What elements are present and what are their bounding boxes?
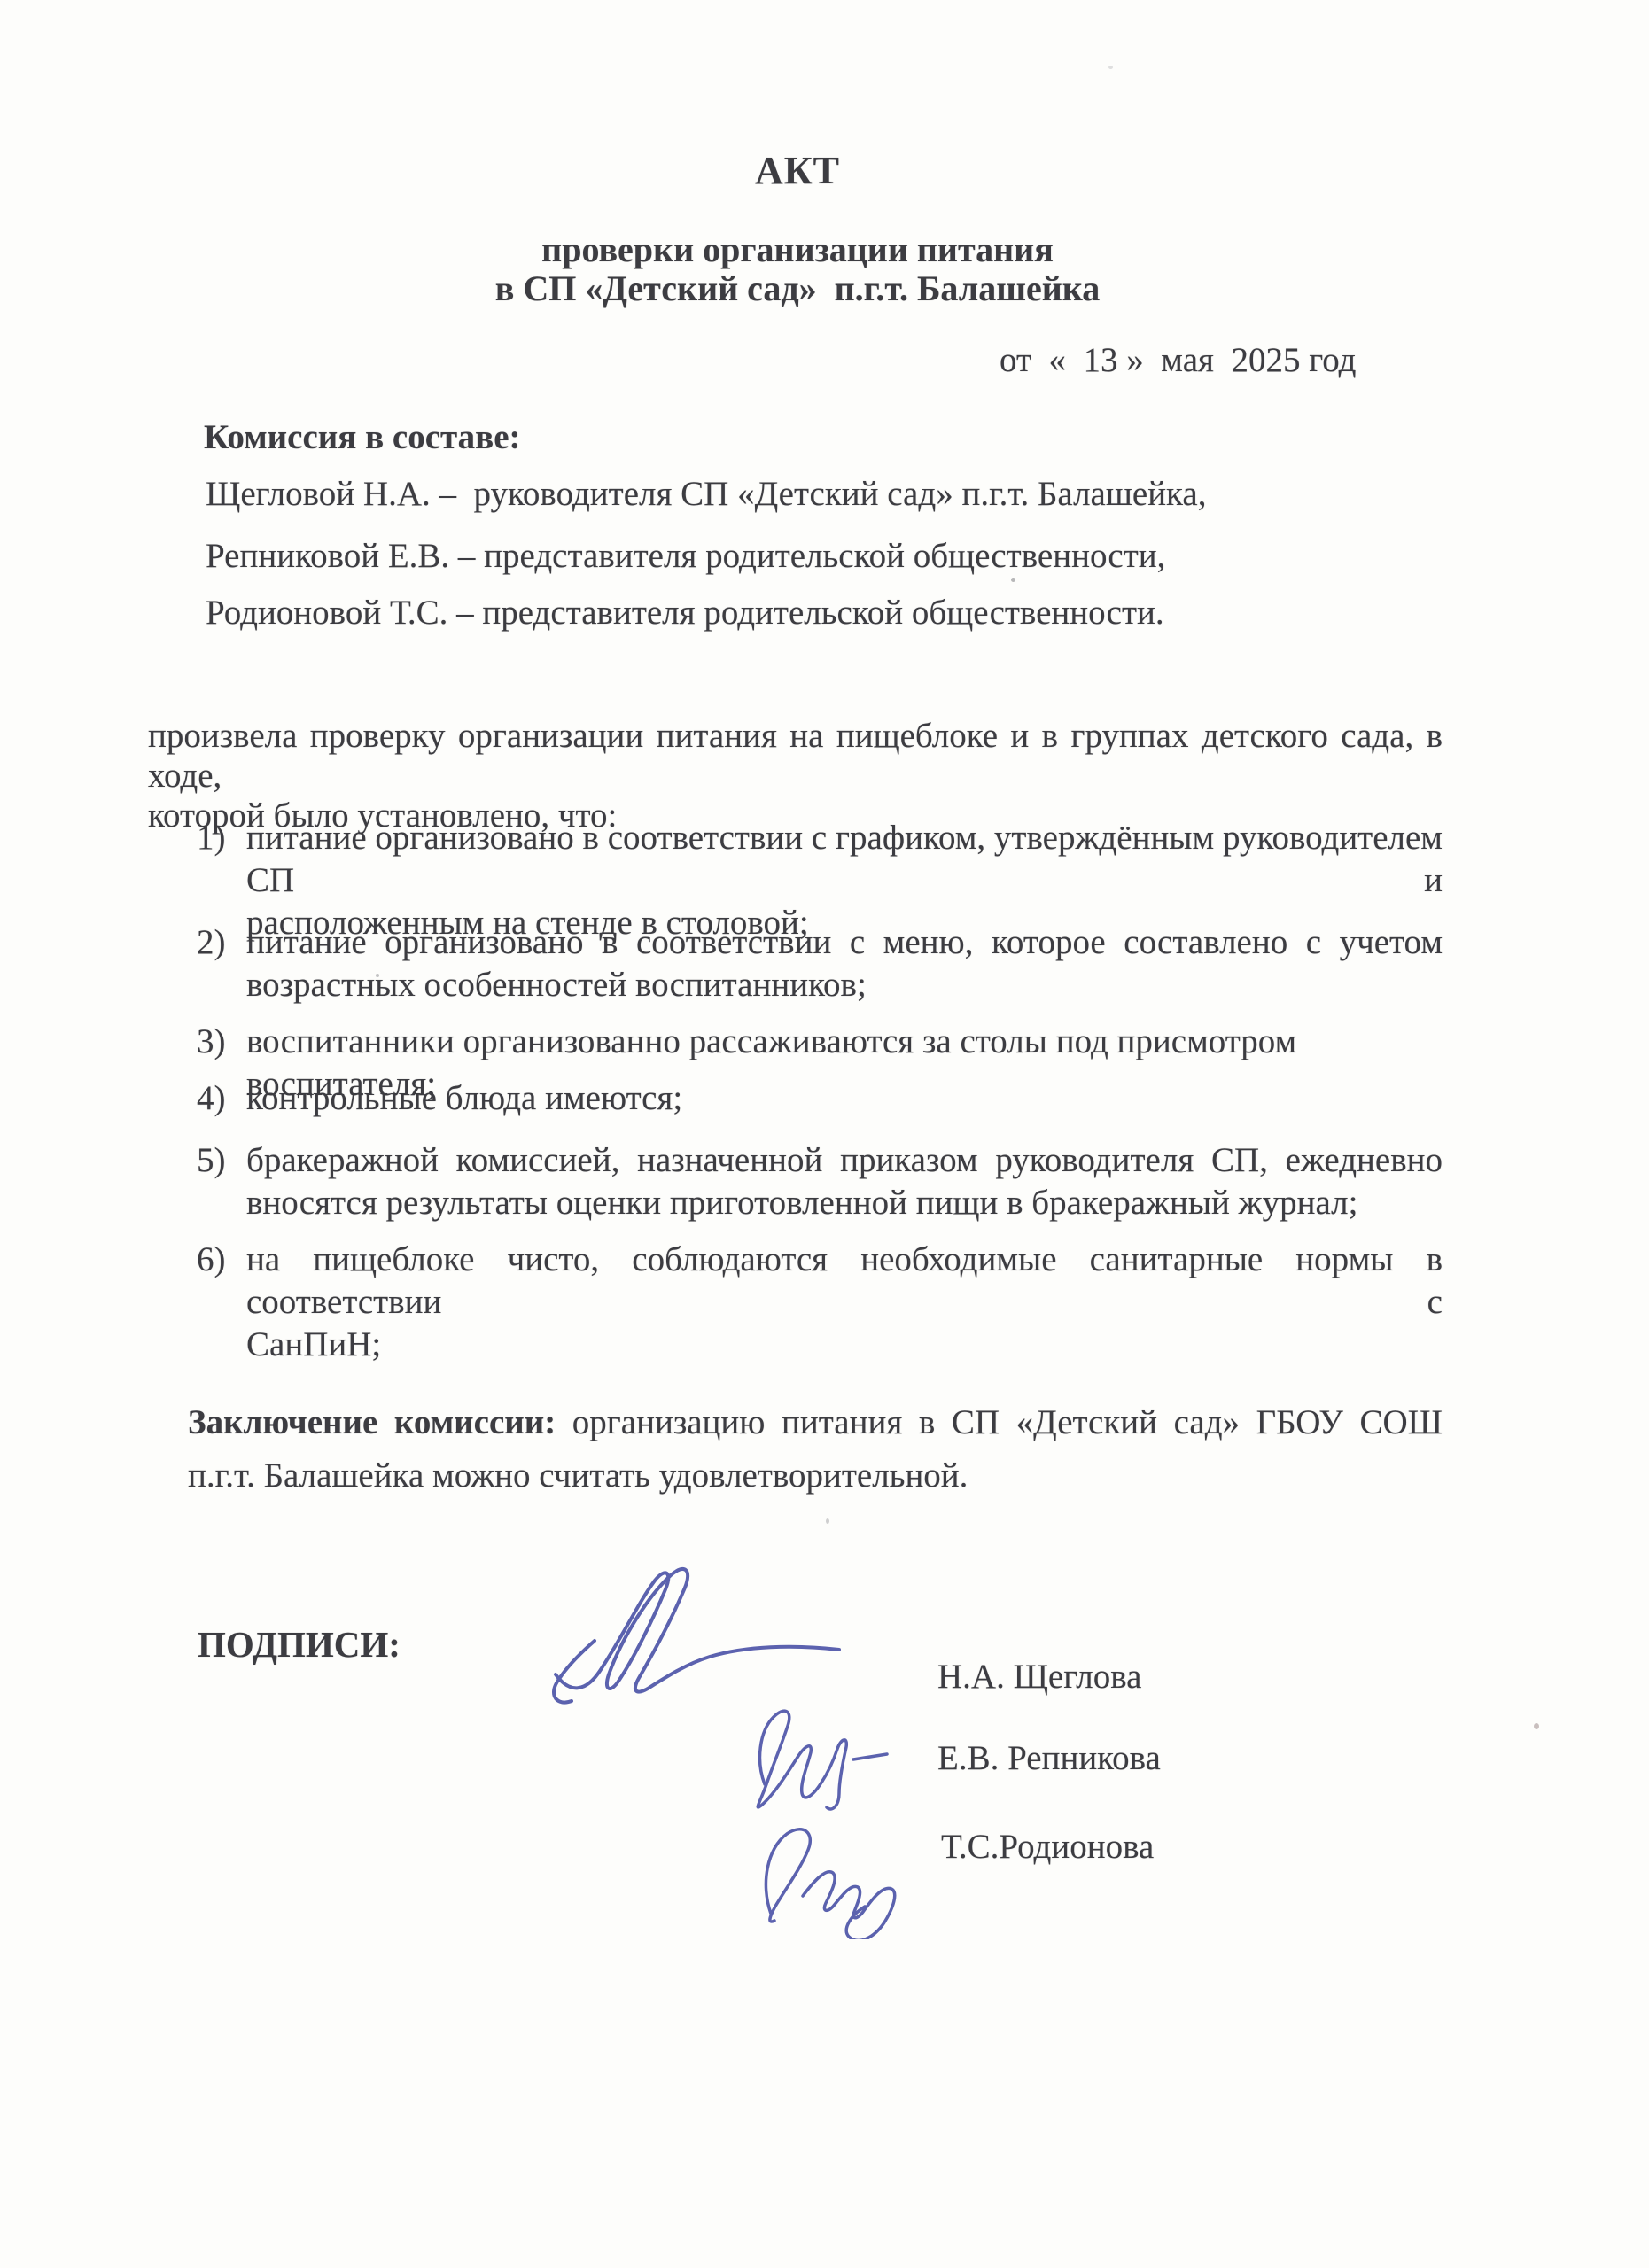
- commission-heading: Комиссия в составе:: [204, 416, 521, 459]
- finding-line: вносятся результаты оценки приготовленно…: [246, 1182, 1443, 1224]
- signatures-heading: ПОДПИСИ:: [198, 1623, 401, 1666]
- finding-line: питание организовано в соответствии с ме…: [246, 921, 1443, 964]
- document-page: АКТ проверки организации питания в СП «Д…: [0, 0, 1649, 2268]
- finding-number: 4): [197, 1077, 226, 1120]
- signature-shcheglova-image: [545, 1561, 851, 1716]
- conclusion-paragraph: Заключение комиссии: организацию питания…: [188, 1396, 1443, 1503]
- intro-line-1: произвела проверку организации питания н…: [148, 716, 1443, 796]
- finding-line: бракеражной комиссией, назначенной прика…: [246, 1139, 1443, 1182]
- finding-number: 5): [197, 1139, 226, 1182]
- finding-line: контрольные блюда имеются;: [246, 1077, 1443, 1120]
- conclusion-label: Заключение комиссии:: [188, 1403, 556, 1441]
- commission-member: Щегловой Н.А. – руководителя СП «Детский…: [206, 473, 1206, 516]
- scan-speck: [826, 1518, 829, 1524]
- conclusion-text: организацию питания в СП «Детский сад» Г…: [556, 1403, 1443, 1441]
- subtitle-line-1: проверки организации питания: [27, 229, 1568, 270]
- finding-line: возрастных особенностей воспитанников;: [246, 964, 1443, 1006]
- scan-speck: [1534, 1723, 1539, 1729]
- finding-line: питание организовано в соответствии с гр…: [246, 817, 1443, 902]
- signatory-name: Е.В. Репникова: [937, 1738, 1161, 1778]
- conclusion-line-1: Заключение комиссии: организацию питания…: [188, 1396, 1443, 1449]
- conclusion-line-2: п.г.т. Балашейка можно считать удовлетво…: [188, 1449, 1443, 1503]
- date-line: от « 13 » мая 2025 год: [1000, 339, 1356, 382]
- subtitle-line-2: в СП «Детский сад» п.г.т. Балашейка: [27, 268, 1568, 309]
- commission-member: Родионовой Т.С. – представителя родитель…: [206, 592, 1164, 634]
- finding-number: 2): [197, 921, 226, 964]
- signatory-name: Н.А. Щеглова: [937, 1657, 1141, 1697]
- scan-speck: [1108, 66, 1113, 69]
- finding-number: 3): [197, 1021, 226, 1063]
- commission-member: Репниковой Е.В. – представителя родитель…: [206, 535, 1165, 578]
- scan-speck: [376, 974, 379, 977]
- finding-line: СанПиН;: [246, 1324, 1443, 1366]
- document-title: АКТ: [27, 148, 1568, 193]
- signatory-name: Т.С.Родионова: [941, 1827, 1154, 1867]
- signature-rodionova-image: [751, 1811, 942, 1939]
- signature-repnikova-image: [740, 1703, 908, 1814]
- finding-number: 6): [197, 1239, 226, 1281]
- scan-speck: [1011, 578, 1015, 582]
- finding-number: 1): [197, 817, 226, 859]
- finding-line: на пищеблоке чисто, соблюдаются необходи…: [246, 1239, 1443, 1324]
